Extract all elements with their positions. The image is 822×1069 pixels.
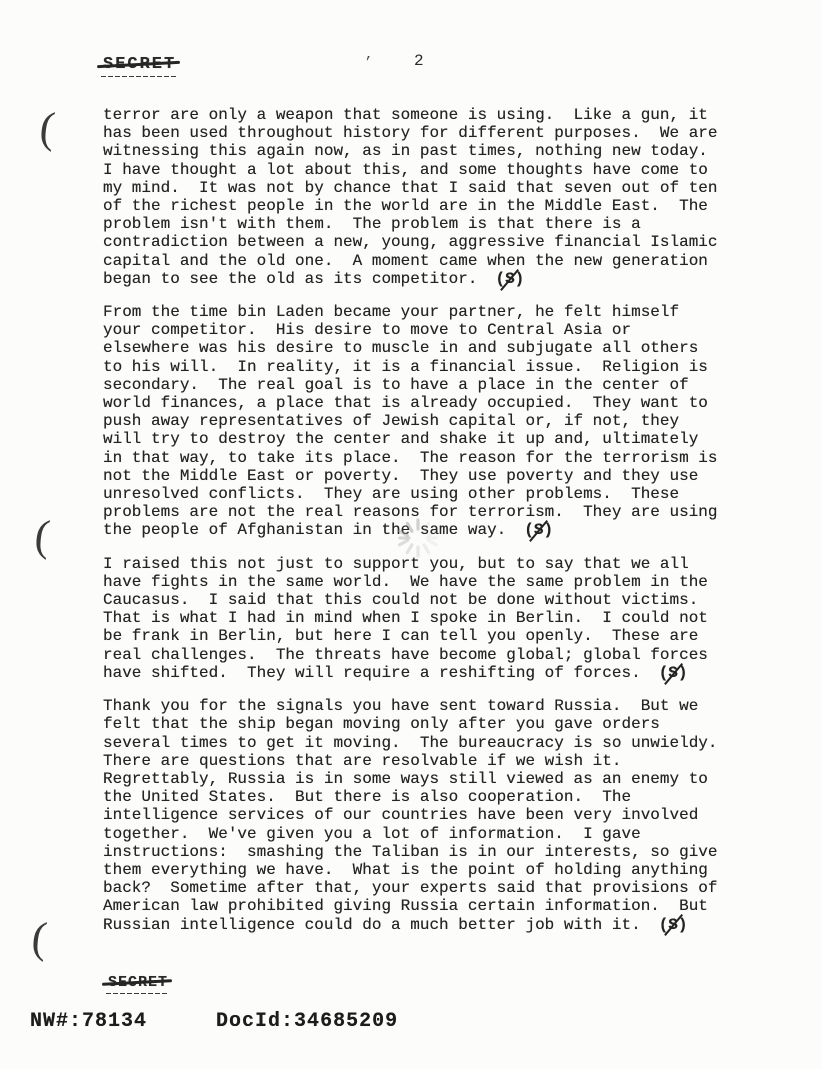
document-footer: NW#:78134 DocId:34685209 — [30, 1010, 398, 1033]
text-line: contradiction between a new, young, aggr… — [103, 233, 763, 251]
text-line: several times to get it moving. The bure… — [103, 734, 763, 752]
text-line: have shifted. They will require a reshif… — [103, 664, 763, 682]
text-line: have fights in the same world. We have t… — [103, 573, 763, 591]
text-line: began to see the old as its competitor.(… — [103, 270, 763, 288]
text-line: back? Sometime after that, your experts … — [103, 879, 763, 897]
scan-artifact-dot: ’ — [364, 55, 372, 71]
text-line: Thank you for the signals you have sent … — [103, 697, 763, 715]
text-line: Caucasus. I said that this could not be … — [103, 591, 763, 609]
paragraph: I raised this not just to support you, b… — [103, 555, 763, 682]
text-line: Russian intelligence could do a much bet… — [103, 916, 763, 934]
text-line: be frank in Berlin, but here I can tell … — [103, 627, 763, 645]
text-line: my mind. It was not by chance that I sai… — [103, 179, 763, 197]
text-line: That is what I had in mind when I spoke … — [103, 609, 763, 627]
text-line: has been used throughout history for dif… — [103, 124, 763, 142]
paragraph: terror are only a weapon that someone is… — [103, 106, 763, 288]
document-page: ( ( ( SECRET ’ 2 terror are only a weapo… — [0, 0, 822, 1069]
text-line: in that way, to take its place. The reas… — [103, 449, 763, 467]
classification-mark-struck: (S) — [524, 521, 553, 539]
page-number: 2 — [414, 52, 424, 70]
text-line: problem isn't with them. The problem is … — [103, 215, 763, 233]
text-line: I have thought a lot about this, and som… — [103, 161, 763, 179]
classification-header-struck: SECRET — [103, 55, 176, 74]
text-line: terror are only a weapon that someone is… — [103, 106, 763, 124]
text-line: together. We've given you a lot of infor… — [103, 825, 763, 843]
text-line: From the time bin Laden became your part… — [103, 303, 763, 321]
text-line: will try to destroy the center and shake… — [103, 430, 763, 448]
text-line: felt that the ship began moving only aft… — [103, 715, 763, 733]
text-line: Regrettably, Russia is in some ways stil… — [103, 770, 763, 788]
text-line: witnessing this again now, as in past ti… — [103, 142, 763, 160]
classification-mark-struck: (S) — [659, 916, 688, 934]
text-line: elsewhere was his desire to muscle in an… — [103, 339, 763, 357]
handwritten-paren-mark: ( — [30, 915, 49, 960]
text-line: capital and the old one. A moment came w… — [103, 252, 763, 270]
doc-id: DocId:34685209 — [216, 1010, 398, 1033]
loading-spinner-artifact — [396, 516, 440, 560]
text-line: of the richest people in the world are i… — [103, 197, 763, 215]
text-line: instructions: smashing the Taliban is in… — [103, 843, 763, 861]
text-line: your competitor. His desire to move to C… — [103, 321, 763, 339]
text-line: unresolved conflicts. They are using oth… — [103, 485, 763, 503]
text-line: them everything we have. What is the poi… — [103, 861, 763, 879]
text-line: American law prohibited giving Russia ce… — [103, 897, 763, 915]
text-line: push away representatives of Jewish capi… — [103, 412, 763, 430]
text-line: real challenges. The threats have become… — [103, 646, 763, 664]
text-line: to his will. In reality, it is a financi… — [103, 358, 763, 376]
paragraph: From the time bin Laden became your part… — [103, 303, 763, 540]
classification-footer-struck: SECRET — [108, 974, 168, 991]
nw-number: NW#:78134 — [30, 1010, 147, 1033]
handwritten-paren-mark: ( — [33, 513, 52, 558]
paragraph: Thank you for the signals you have sent … — [103, 697, 763, 934]
text-line: the United States. But there is also coo… — [103, 788, 763, 806]
text-line: intelligence services of our countries h… — [103, 806, 763, 824]
text-line: world finances, a place that is already … — [103, 394, 763, 412]
handwritten-paren-mark: ( — [38, 105, 57, 150]
classification-mark-struck: (S) — [659, 664, 688, 682]
text-line: There are questions that are resolvable … — [103, 752, 763, 770]
text-line: secondary. The real goal is to have a pl… — [103, 376, 763, 394]
classification-mark-struck: (S) — [495, 270, 524, 288]
text-line: not the Middle East or poverty. They use… — [103, 467, 763, 485]
scan-speckles — [0, 0, 1, 1]
